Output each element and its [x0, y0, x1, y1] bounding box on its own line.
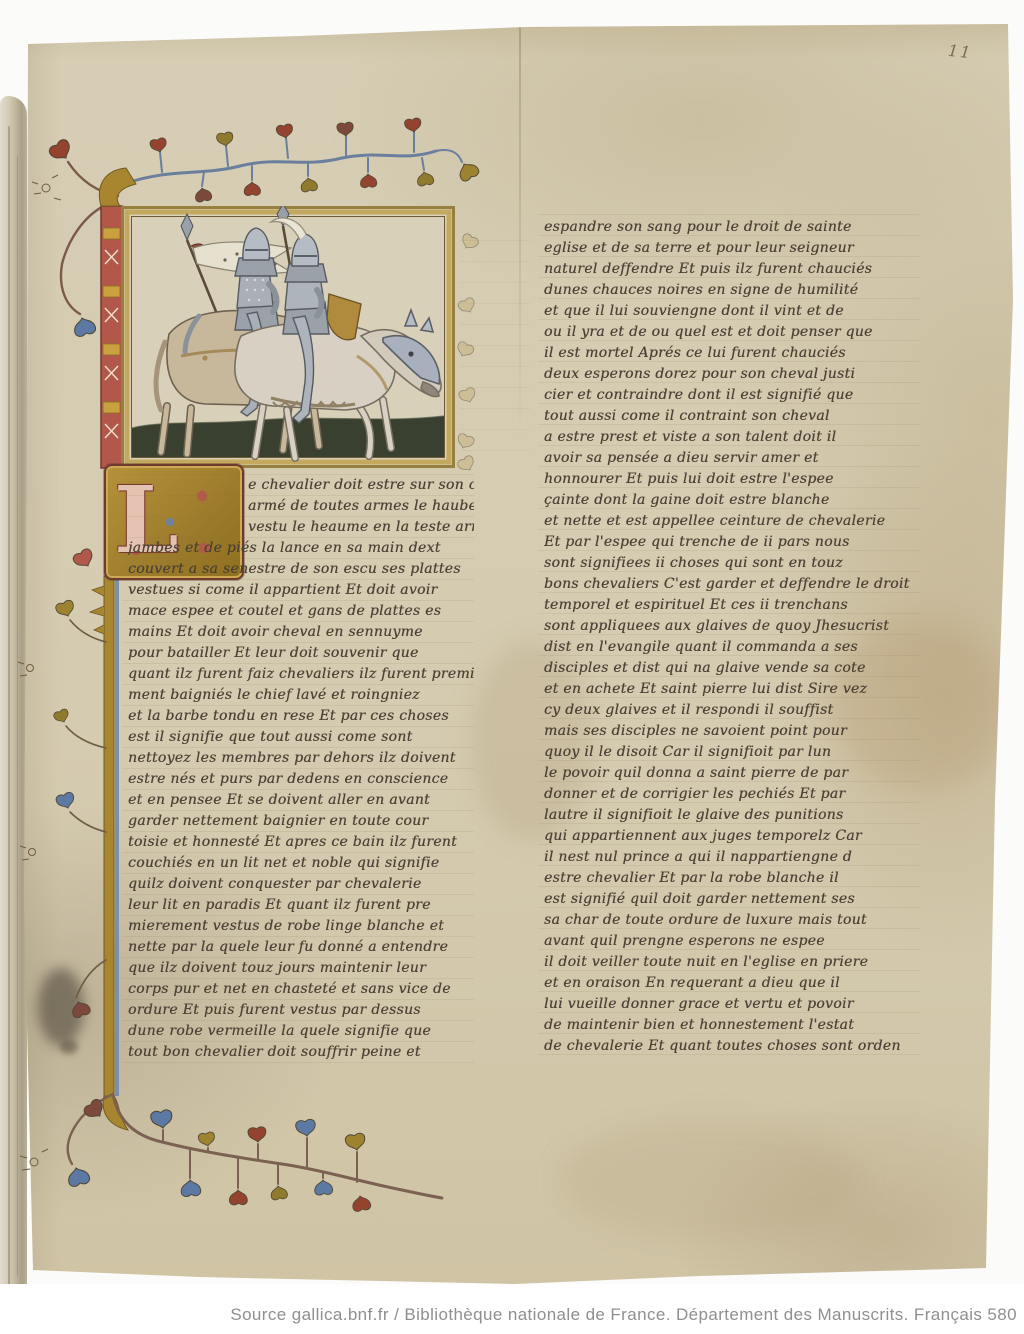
text-column-left: e chevalier doit estre sur son chevalarm…	[128, 475, 474, 1063]
text-line: donner et de corrigier les pechiés Et pa…	[544, 784, 920, 805]
text-line: de chevalerie Et quant toutes choses son…	[544, 1036, 920, 1057]
text-line: lui vueille donner grace et vertu et pov…	[544, 994, 920, 1015]
text-line: quant ilz furent faiz chevaliers ilz fur…	[128, 664, 474, 685]
text-line: est signifié quil doit garder nettement …	[544, 889, 920, 910]
text-line: sont signifiees ii choses qui sont en to…	[544, 553, 920, 574]
text-line: e chevalier doit estre sur son cheval	[128, 475, 474, 496]
text-line: il nest nul prince a qui il nappartiengn…	[544, 847, 920, 868]
text-line: estre chevalier Et par la robe blanche i…	[544, 868, 920, 889]
text-line: ou il yra et de ou quel est et doit pens…	[544, 322, 920, 343]
text-line: disciples et dist qui na glaive vende sa…	[544, 658, 920, 679]
text-line: vestu le heaume en la teste armé de	[128, 517, 474, 538]
text-line: mains Et doit avoir cheval en sennuyme	[128, 622, 474, 643]
text-line: mais ses disciples ne savoient point pou…	[544, 721, 920, 742]
text-line: le povoir quil donna a saint pierre de p…	[544, 763, 920, 784]
text-line: et en oraison En requerant a dieu que il	[544, 973, 920, 994]
text-line: honnourer Et puis lui doit estre l'espee	[544, 469, 920, 490]
text-line: nette par la quele leur fu donné a enten…	[128, 937, 474, 958]
text-line: a estre prest et viste a son talent doit…	[544, 427, 920, 448]
text-line: et en achete Et saint pierre lui dist Si…	[544, 679, 920, 700]
text-line: ment baigniés le chief lavé et roingniez	[128, 685, 474, 706]
text-line: garder nettement baignier en toute cour	[128, 811, 474, 832]
text-line: est il signifie que tout aussi come sont	[128, 727, 474, 748]
text-line: pour batailler Et leur doit souvenir que	[128, 643, 474, 664]
text-line: de maintenir bien et honnestement l'esta…	[544, 1015, 920, 1036]
text-line: avant quil prengne esperons ne espee	[544, 931, 920, 952]
text-line: dunes chauces noires en signe de humilit…	[544, 280, 920, 301]
text-line: nettoyez les membres par dehors ilz doiv…	[128, 748, 474, 769]
text-line: mace espee et coutel et gans de plattes …	[128, 601, 474, 622]
text-line: çainte dont la gaine doit estre blanche	[544, 490, 920, 511]
folio-number: 11	[947, 41, 973, 62]
text-line: ordure Et puis furent vestus par dessus	[128, 1000, 474, 1021]
text-line: deux esperons dorez pour son cheval just…	[544, 364, 920, 385]
text-line: couchiés en un lit net et noble qui sign…	[128, 853, 474, 874]
text-line: et nette et est appellee ceinture de che…	[544, 511, 920, 532]
text-line: eglise et de sa terre et pour leur seign…	[544, 238, 920, 259]
text-line: avoir sa pensée a dieu servir amer et	[544, 448, 920, 469]
text-line: couvert a sa senestre de son escu ses pl…	[128, 559, 474, 580]
parchment-stain	[560, 1120, 860, 1240]
ink-smudge	[60, 1040, 78, 1054]
text-line: dist en l'evangile quant il commanda a s…	[544, 637, 920, 658]
source-footer: Source gallica.bnf.fr / Bibliothèque nat…	[0, 1284, 1024, 1334]
text-line: espandre son sang pour le droit de saint…	[544, 217, 920, 238]
text-line: dune robe vermeille la quele signifie qu…	[128, 1021, 474, 1042]
text-line: vestues si come il appartient Et doit av…	[128, 580, 474, 601]
text-line: corps pur et net en chasteté et sans vic…	[128, 979, 474, 1000]
text-line: il est mortel Aprés ce lui furent chauci…	[544, 343, 920, 364]
text-line: sont appliquees aux glaives de quoy Jhes…	[544, 616, 920, 637]
ink-smudge	[38, 968, 84, 1046]
text-line: tout bon chevalier doit souffrir peine e…	[128, 1042, 474, 1063]
text-line: Et par l'espee qui trenche de ii pars no…	[544, 532, 920, 553]
gallica-manuscript-scan: L e chevalier doit estre sur son chevala…	[0, 0, 1024, 1334]
source-footer-text: Source gallica.bnf.fr / Bibliothèque nat…	[230, 1305, 1017, 1325]
text-column-right: espandre son sang pour le droit de saint…	[544, 217, 920, 1057]
text-line: lautre il signifioit le glaive des punit…	[544, 805, 920, 826]
text-line: quoy il le disoit Car il signifioit par …	[544, 742, 920, 763]
text-line: leur lit en paradis Et quant ilz furent …	[128, 895, 474, 916]
text-line: et en pensee Et se doivent aller en avan…	[128, 790, 474, 811]
text-line: il doit veiller toute nuit en l'eglise e…	[544, 952, 920, 973]
text-line: que ilz doivent touz jours maintenir leu…	[128, 958, 474, 979]
text-line: temporel et espirituel Et ces ii trencha…	[544, 595, 920, 616]
text-line: cy deux glaives et il respondi il souffi…	[544, 700, 920, 721]
text-line: et la barbe tondu en rese Et par ces cho…	[128, 706, 474, 727]
text-line: jambes et de piés la lance en sa main de…	[128, 538, 474, 559]
text-line: bons chevaliers C'est garder et deffendr…	[544, 574, 920, 595]
text-line: naturel deffendre Et puis ilz furent cha…	[544, 259, 920, 280]
text-line: mierement vestus de robe linge blanche e…	[128, 916, 474, 937]
text-line: estre nés et purs par dedens en conscien…	[128, 769, 474, 790]
text-line: armé de toutes armes le haubergon	[128, 496, 474, 517]
text-line: toisie et honnesté Et apres ce bain ilz …	[128, 832, 474, 853]
text-line: sa char de toute ordure de luxure mais t…	[544, 910, 920, 931]
book-gutter-edge	[0, 96, 27, 1296]
text-line: qui appartiennent aux juges temporelz Ca…	[544, 826, 920, 847]
text-line: tout aussi come il contraint son cheval	[544, 406, 920, 427]
text-line: et que il lui souviengne dont il vint et…	[544, 301, 920, 322]
text-line: quilz doivent conquester par chevalerie	[128, 874, 474, 895]
text-line: cier et contraindre dont il est signifié…	[544, 385, 920, 406]
